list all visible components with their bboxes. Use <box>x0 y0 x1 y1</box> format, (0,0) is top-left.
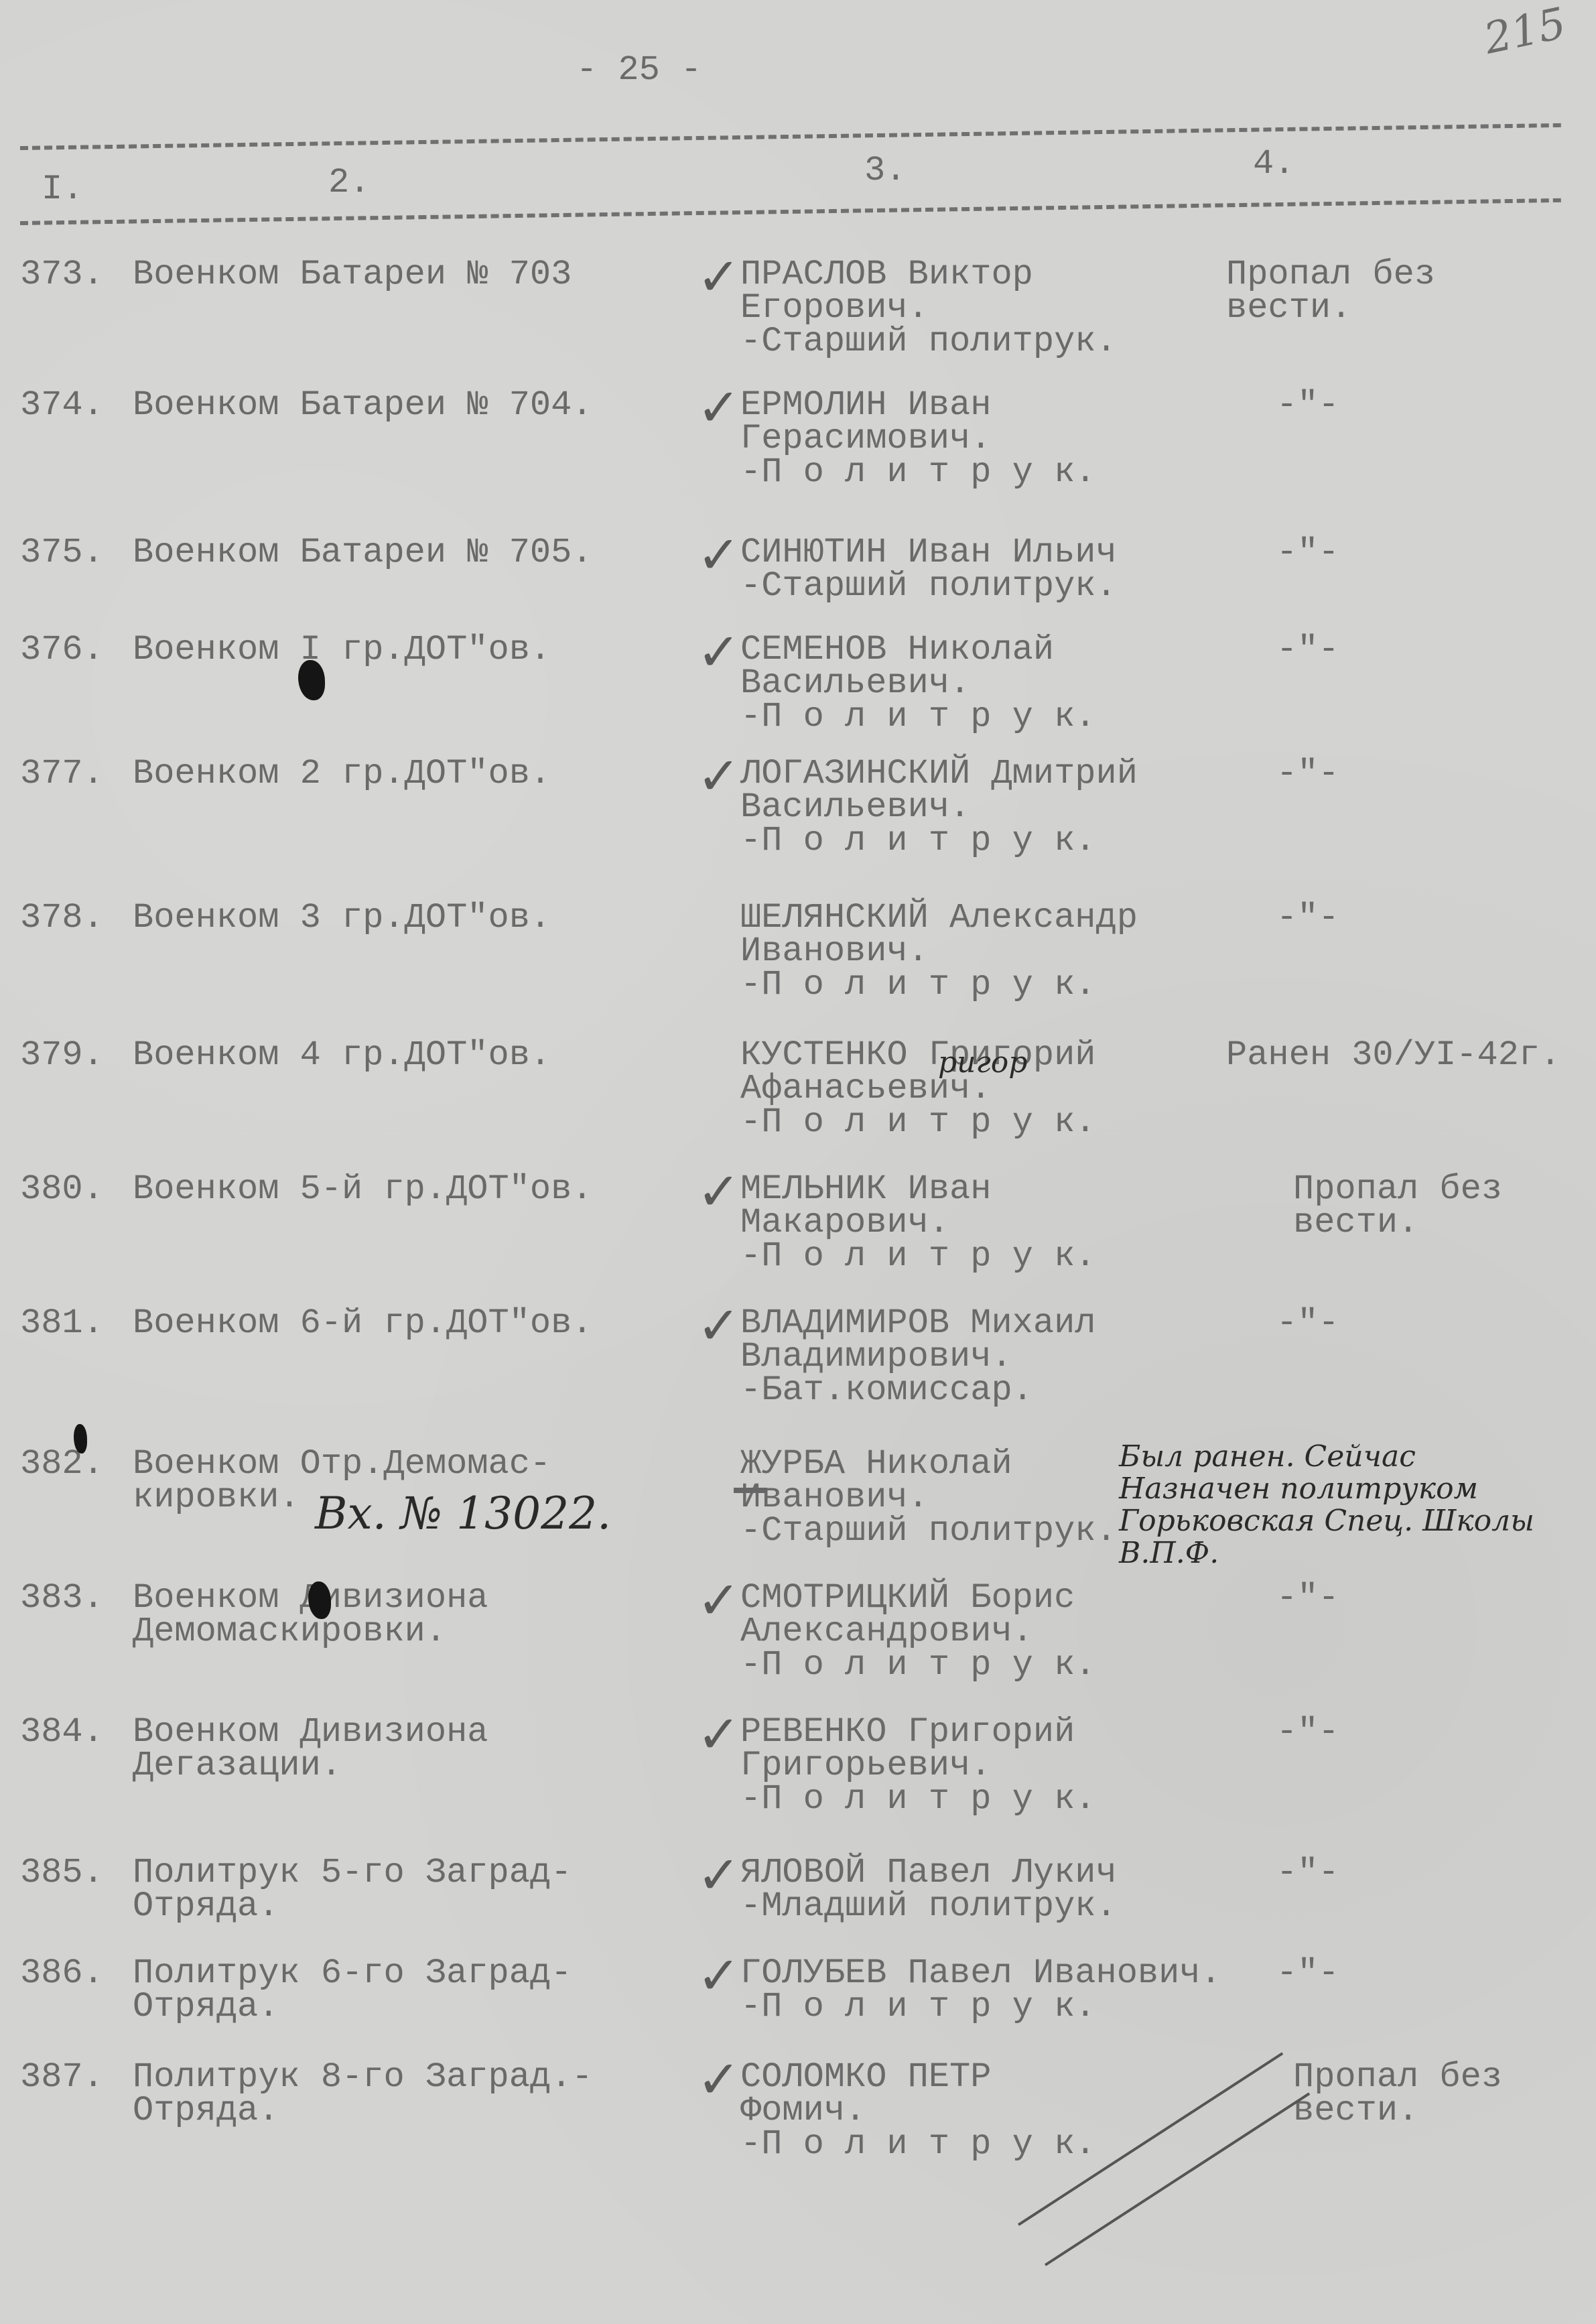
entry-number: 379. <box>20 1039 104 1072</box>
status-line: вести. <box>1293 1206 1502 1240</box>
entry-status: -"- <box>1276 901 1339 935</box>
entry-status: -"- <box>1276 536 1339 570</box>
status-line: -"- <box>1276 1957 1339 1990</box>
name-line: Герасимович. <box>740 422 1096 456</box>
name-line: СЕМЕНОВ Николай <box>740 633 1096 667</box>
status-line: -"- <box>1276 1716 1339 1749</box>
entry-number: 386. <box>20 1957 104 1990</box>
position-line: Военком Батареи № 705. <box>133 536 593 570</box>
header-rule-bottom <box>20 198 1561 225</box>
status-line: вести. <box>1226 292 1435 325</box>
name-line: Фомич. <box>740 2094 1096 2128</box>
entry-number: 373. <box>20 258 104 292</box>
rank-line: -П о л и т р у к. <box>740 968 1138 1002</box>
rank-line: -Старший политрук. <box>740 570 1117 603</box>
entry-status: -"- <box>1276 1581 1339 1615</box>
rank-line: -Старший политрук. <box>740 325 1117 359</box>
status-line: -"- <box>1276 389 1339 422</box>
entry-number: 380. <box>20 1173 104 1206</box>
position-line: Демомаскировки. <box>133 1615 488 1649</box>
entry-position: Военком 6-й гр.ДОТ"ов. <box>133 1307 593 1340</box>
name-line: ЖУРБА Николай <box>740 1447 1117 1481</box>
entry-name: СОЛОМКО ПЕТРФомич.-П о л и т р у к. <box>740 2061 1096 2161</box>
entry-number: 378. <box>20 901 104 935</box>
entry-status: Ранен 30/УI-42г. <box>1226 1039 1560 1072</box>
column-header-4: 4. <box>1253 147 1294 181</box>
rank-line: -П о л и т р у к. <box>740 1990 1221 2024</box>
entry-position: Военком 2 гр.ДОТ"ов. <box>133 757 551 791</box>
name-line: Васильевич. <box>740 791 1138 824</box>
entry-name: ГОЛУБЕВ Павел Иванович.-П о л и т р у к. <box>740 1957 1221 2024</box>
rank-line: -П о л и т р у к. <box>740 700 1096 734</box>
entry-number: 375. <box>20 536 104 570</box>
entry-name: СМОТРИЦКИЙ БорисАлександрович.-П о л и т… <box>740 1581 1096 1682</box>
sheet-number: 215 <box>1480 0 1571 64</box>
position-line: Военком Отр.Демомас- <box>133 1447 551 1481</box>
entry-position: Политрук 8-го Заград.-Отряда. <box>133 2061 593 2128</box>
rank-line: -Бат.комиссар. <box>740 1374 1096 1407</box>
rank-line: -П о л и т р у к. <box>740 824 1138 858</box>
entry-status: -"- <box>1276 1856 1339 1890</box>
status-line: -"- <box>1276 633 1339 667</box>
ink-blot <box>74 1424 87 1454</box>
check-mark-icon: ✓ <box>697 747 740 807</box>
entry-name: МЕЛЬНИК ИванМакарович.-П о л и т р у к. <box>740 1173 1096 1273</box>
entry-position: Политрук 5-го Заград-Отряда. <box>133 1856 572 1923</box>
name-line: ГОЛУБЕВ Павел Иванович. <box>740 1957 1221 1990</box>
name-line: СОЛОМКО ПЕТР <box>740 2061 1096 2094</box>
position-line: Военком 4 гр.ДОТ"ов. <box>133 1039 551 1072</box>
rank-line: -П о л и т р у к. <box>740 2128 1096 2161</box>
entry-name: ЯЛОВОЙ Павел Лукич-Младший политрук. <box>740 1856 1117 1923</box>
entry-number: 384. <box>20 1716 104 1749</box>
page-number: - 25 - <box>576 54 702 87</box>
name-line: МЕЛЬНИК Иван <box>740 1173 1096 1206</box>
status-line: вести. <box>1293 2094 1502 2128</box>
entry-status: -"- <box>1276 1716 1339 1749</box>
name-line: Александрович. <box>740 1615 1096 1649</box>
name-line: Васильевич. <box>740 667 1096 700</box>
rank-line: -П о л и т р у к. <box>740 456 1096 489</box>
column-header-3: 3. <box>864 154 906 188</box>
entry-status: Пропал безвести. <box>1293 1173 1502 1240</box>
status-line: -"- <box>1276 1856 1339 1890</box>
rank-line: -Младший политрук. <box>740 1890 1117 1923</box>
check-mark-icon: ✓ <box>697 247 740 308</box>
entry-position: Военком Батареи № 704. <box>133 389 593 422</box>
name-line: ВЛАДИМИРОВ Михаил <box>740 1307 1096 1340</box>
position-line: Отряда. <box>133 1990 572 2024</box>
entry-position: Военком Батареи № 703 <box>133 258 572 292</box>
check-mark-icon: ✓ <box>697 623 740 683</box>
status-line: Пропал без <box>1226 258 1435 292</box>
name-line: Владимирович. <box>740 1340 1096 1374</box>
ink-blot <box>298 660 325 700</box>
entry-name: СИНЮТИН Иван Ильич-Старший политрук. <box>740 536 1117 603</box>
check-mark-icon: ✓ <box>697 1571 740 1631</box>
rank-line: -П о л и т р у к. <box>740 1783 1096 1816</box>
handwritten-note: Был ранен. Сейчас Назначен политруком Го… <box>1119 1441 1534 1569</box>
check-mark-icon: ✓ <box>697 2050 740 2110</box>
entry-status: -"- <box>1276 1957 1339 1990</box>
name-line: ЯЛОВОЙ Павел Лукич <box>740 1856 1117 1890</box>
position-line: Военком Дивизиона <box>133 1716 488 1749</box>
status-line: -"- <box>1276 901 1339 935</box>
entry-status: Пропал безвести. <box>1226 258 1435 325</box>
position-line: Отряда. <box>133 2094 593 2128</box>
name-line: СМОТРИЦКИЙ Борис <box>740 1581 1096 1615</box>
entry-status: Пропал безвести. <box>1293 2061 1502 2128</box>
position-line: Военком 2 гр.ДОТ"ов. <box>133 757 551 791</box>
name-line: ЕРМОЛИН Иван <box>740 389 1096 422</box>
entry-position: Военком Батареи № 705. <box>133 536 593 570</box>
name-line: Иванович. <box>740 935 1138 968</box>
position-line: Военком 5-й гр.ДОТ"ов. <box>133 1173 593 1206</box>
position-line: Политрук 8-го Заград.- <box>133 2061 593 2094</box>
position-line: Военком 3 гр.ДОТ"ов. <box>133 901 551 935</box>
entry-name: ЛОГАЗИНСКИЙ ДмитрийВасильевич.-П о л и т… <box>740 757 1138 858</box>
entry-number: 387. <box>20 2061 104 2094</box>
column-header-2: 2. <box>328 166 370 200</box>
entry-number: 376. <box>20 633 104 667</box>
entry-number: 385. <box>20 1856 104 1890</box>
name-line: Иванович. <box>740 1481 1117 1514</box>
check-mark-icon: ✓ <box>697 1946 740 2006</box>
status-line: -"- <box>1276 536 1339 570</box>
check-mark-icon: ✓ <box>697 1296 740 1356</box>
rank-line: -П о л и т р у к. <box>740 1106 1096 1139</box>
position-line: Политрук 5-го Заград- <box>133 1856 572 1890</box>
name-line: ЛОГАЗИНСКИЙ Дмитрий <box>740 757 1138 791</box>
entry-name: СЕМЕНОВ НиколайВасильевич.-П о л и т р у… <box>740 633 1096 734</box>
name-line: Егорович. <box>740 292 1117 325</box>
check-mark-icon: ✓ <box>697 378 740 438</box>
handwritten-correction: ригор <box>938 1045 1027 1080</box>
entry-name: ЖУРБА НиколайИванович.-Старший политрук. <box>740 1447 1117 1548</box>
entry-position: Военком 3 гр.ДОТ"ов. <box>133 901 551 935</box>
position-line: Дегазации. <box>133 1749 488 1783</box>
entry-position: Военком 5-й гр.ДОТ"ов. <box>133 1173 593 1206</box>
entry-status: -"- <box>1276 1307 1339 1340</box>
status-line: -"- <box>1276 1307 1339 1340</box>
entry-position: Политрук 6-го Заград-Отряда. <box>133 1957 572 2024</box>
column-header-1: I. <box>42 173 83 206</box>
handwritten-reference: Вх. № 13022. <box>315 1488 611 1539</box>
name-line: РЕВЕНКО Григорий <box>740 1716 1096 1749</box>
name-line: Макарович. <box>740 1206 1096 1240</box>
entry-name: РЕВЕНКО ГригорийГригорьевич.-П о л и т р… <box>740 1716 1096 1816</box>
dash-mark <box>734 1488 767 1493</box>
status-line: Ранен 30/УI-42г. <box>1226 1039 1560 1072</box>
entry-status: -"- <box>1276 633 1339 667</box>
check-mark-icon: ✓ <box>697 1846 740 1906</box>
rank-line: -П о л и т р у к. <box>740 1649 1096 1682</box>
rank-line: -П о л и т р у к. <box>740 1240 1096 1273</box>
status-line: Пропал без <box>1293 2061 1502 2094</box>
entry-status: -"- <box>1276 757 1339 791</box>
header-rule-top <box>20 123 1561 150</box>
name-line: Афанасьевич. <box>740 1072 1096 1106</box>
position-line: Политрук 6-го Заград- <box>133 1957 572 1990</box>
entry-number: 383. <box>20 1581 104 1615</box>
entry-number: 382. <box>20 1447 104 1481</box>
entry-number: 381. <box>20 1307 104 1340</box>
status-line: Пропал без <box>1293 1173 1502 1206</box>
entry-position: Военком ДивизионаДегазации. <box>133 1716 488 1783</box>
name-line: ШЕЛЯНСКИЙ Александр <box>740 901 1138 935</box>
position-line: Военком Батареи № 703 <box>133 258 572 292</box>
check-mark-icon: ✓ <box>697 1705 740 1765</box>
rank-line: -Старший политрук. <box>740 1514 1117 1548</box>
name-line: ПРАСЛОВ Виктор <box>740 258 1117 292</box>
entry-name: ШЕЛЯНСКИЙ АлександрИванович.-П о л и т р… <box>740 901 1138 1002</box>
entry-name: ЕРМОЛИН ИванГерасимович.-П о л и т р у к… <box>740 389 1096 489</box>
entry-number: 377. <box>20 757 104 791</box>
entry-position: Военком 4 гр.ДОТ"ов. <box>133 1039 551 1072</box>
entry-position: Военком I гр.ДОТ"ов. <box>133 633 551 667</box>
entry-name: ПРАСЛОВ ВикторЕгорович.-Старший политрук… <box>740 258 1117 359</box>
status-line: -"- <box>1276 1581 1339 1615</box>
position-line: Военком 6-й гр.ДОТ"ов. <box>133 1307 593 1340</box>
entry-number: 374. <box>20 389 104 422</box>
entry-name: ВЛАДИМИРОВ МихаилВладимирович.-Бат.комис… <box>740 1307 1096 1407</box>
check-mark-icon: ✓ <box>697 1162 740 1222</box>
name-line: КУСТЕНКО Григорий <box>740 1039 1096 1072</box>
entry-name: КУСТЕНКО ГригорийАфанасьевич.-П о л и т … <box>740 1039 1096 1139</box>
name-line: СИНЮТИН Иван Ильич <box>740 536 1117 570</box>
name-line: Григорьевич. <box>740 1749 1096 1783</box>
position-line: Военком I гр.ДОТ"ов. <box>133 633 551 667</box>
check-mark-icon: ✓ <box>697 525 740 586</box>
entry-status: -"- <box>1276 389 1339 422</box>
position-line: Отряда. <box>133 1890 572 1923</box>
status-line: -"- <box>1276 757 1339 791</box>
position-line: Военком Батареи № 704. <box>133 389 593 422</box>
